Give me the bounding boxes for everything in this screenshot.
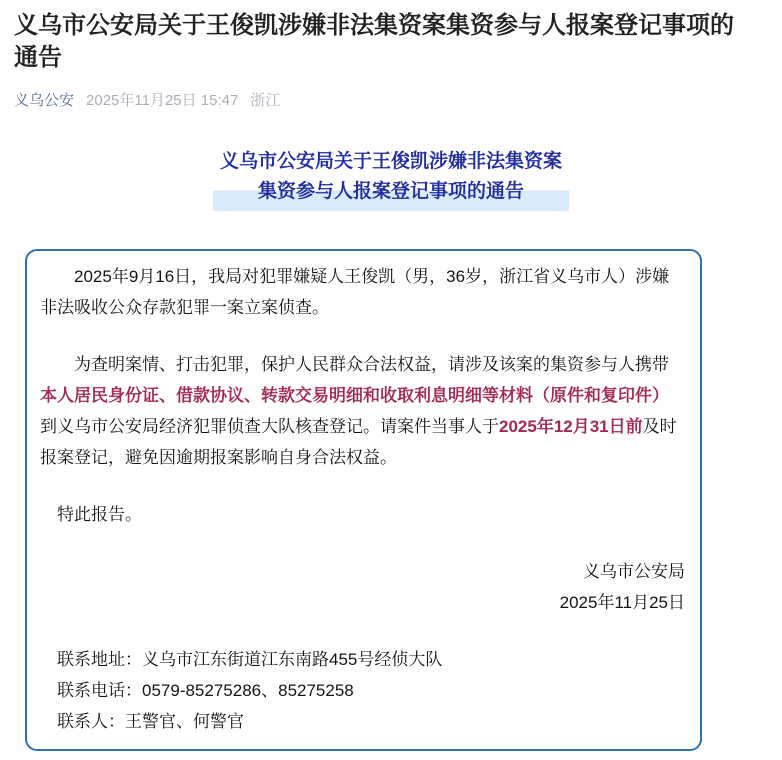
page-title: 义乌市公安局关于王俊凯涉嫌非法集资案集资参与人报案登记事项的通告 — [14, 10, 742, 74]
signature-date: 2025年11月25日 — [40, 587, 685, 618]
account-name-link[interactable]: 义乌公安 — [14, 90, 74, 111]
publish-location-link[interactable]: 浙江 — [250, 90, 280, 111]
publish-datetime: 2025年11月25日 15:47 — [86, 90, 238, 111]
notice-closing: 特此报告。 — [40, 499, 685, 530]
notice-heading-line2-wrap: 集资参与人报案登记事项的通告 — [0, 177, 782, 211]
para2-deadline-emphasis: 2025年12月31日前 — [499, 417, 643, 436]
signature-org: 义乌市公安局 — [40, 556, 685, 587]
byline: 义乌公安 2025年11月25日 15:47 浙江 — [14, 90, 768, 111]
notice-box: 2025年9月16日，我局对犯罪嫌疑人王俊凯（男，36岁，浙江省义乌市人）涉嫌非… — [25, 249, 702, 751]
notice-heading-line2: 集资参与人报案登记事项的通告 — [213, 177, 569, 211]
contact-address: 联系地址：义乌市江东街道江东南路455号经侦大队 — [40, 644, 685, 675]
notice-heading-line1: 义乌市公安局关于王俊凯涉嫌非法集资案 — [0, 147, 782, 177]
contact-person: 联系人：王警官、何警官 — [40, 706, 685, 737]
notice-paragraph-2: 为查明案情、打击犯罪，保护人民群众合法权益，请涉及该案的集资参与人携带本人居民身… — [40, 349, 685, 473]
contact-block: 联系地址：义乌市江东街道江东南路455号经侦大队 联系电话：0579-85275… — [40, 644, 685, 737]
article-page: 义乌市公安局关于王俊凯涉嫌非法集资案集资参与人报案登记事项的通告 义乌公安 20… — [0, 0, 782, 760]
para2-text-1: 为查明案情、打击犯罪，保护人民群众合法权益，请涉及该案的集资参与人携带 — [74, 355, 669, 374]
contact-phone: 联系电话：0579-85275286、85275258 — [40, 675, 685, 706]
para2-text-2: 到义乌市公安局经济犯罪侦查大队核查登记。请案件当事人于 — [40, 417, 499, 436]
signature-block: 义乌市公安局 2025年11月25日 — [40, 556, 685, 618]
notice-paragraph-1: 2025年9月16日，我局对犯罪嫌疑人王俊凯（男，36岁，浙江省义乌市人）涉嫌非… — [40, 261, 685, 323]
para2-materials-emphasis: 本人居民身份证、借款协议、转款交易明细和收取利息明细等材料（原件和复印件） — [40, 386, 669, 405]
notice-heading: 义乌市公安局关于王俊凯涉嫌非法集资案 集资参与人报案登记事项的通告 — [0, 147, 782, 211]
